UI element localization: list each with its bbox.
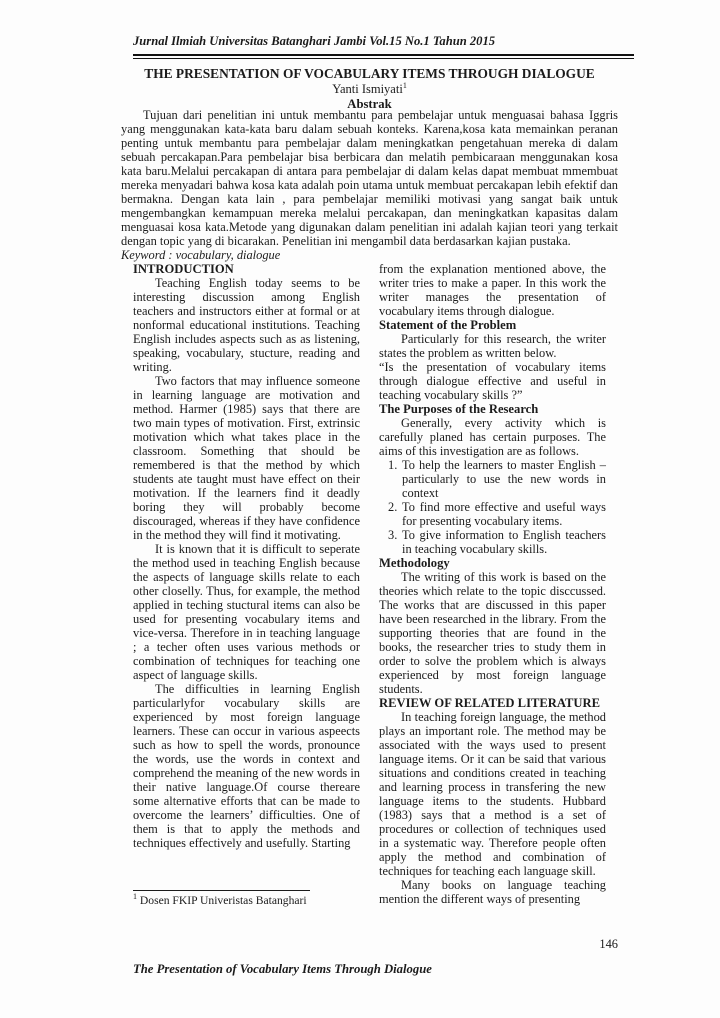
column-left: INTRODUCTION Teaching English today seem… (133, 262, 360, 906)
author-name-text: Yanti Ismiyati (332, 82, 403, 96)
footnote-divider (133, 890, 310, 891)
paragraph: The difficulties in learning English par… (133, 682, 360, 850)
section-heading-review: REVIEW OF RELATED LITERATURE (379, 696, 606, 710)
list-item-text: To give information to English teachers … (402, 528, 606, 556)
list-item-text: To find more effective and useful ways f… (402, 500, 606, 528)
author-footnote-ref: 1 (403, 81, 407, 90)
section-heading-purposes: The Purposes of the Research (379, 402, 606, 416)
numbered-list: 1. To help the learners to master Englis… (379, 458, 606, 556)
section-heading-methodology: Methodology (379, 556, 606, 570)
page-number: 146 (121, 937, 618, 952)
list-item-number: 3. (388, 528, 402, 556)
list-item: 3. To give information to English teache… (379, 528, 606, 556)
paragraph: Particularly for this research, the writ… (379, 332, 606, 360)
paragraph: Two factors that may influence someone i… (133, 374, 360, 542)
header-rule-divider (133, 54, 634, 59)
abstract-text: Tujuan dari penelitian ini untuk membant… (121, 108, 618, 248)
title-block: THE PRESENTATION OF VOCABULARY ITEMS THR… (121, 66, 618, 111)
list-item: 1. To help the learners to master Englis… (379, 458, 606, 500)
footnote-text: Dosen FKIP Univeristas Batanghari (140, 894, 307, 907)
author-name: Yanti Ismiyati1 (121, 82, 618, 96)
paragraph: It is known that it is difficult to sepe… (133, 542, 360, 682)
paper-title: THE PRESENTATION OF VOCABULARY ITEMS THR… (121, 66, 618, 81)
scanned-journal-page: Jurnal Ilmiah Universitas Batanghari Jam… (0, 0, 720, 1018)
paragraph: The writing of this work is based on the… (379, 570, 606, 696)
section-heading-introduction: INTRODUCTION (133, 262, 360, 276)
journal-header: Jurnal Ilmiah Universitas Batanghari Jam… (133, 34, 638, 49)
column-right: from the explanation mentioned above, th… (379, 262, 606, 906)
list-item-number: 1. (388, 458, 402, 500)
keyword-line: Keyword : vocabulary, dialogue (121, 248, 618, 262)
list-item: 2. To find more effective and useful way… (379, 500, 606, 528)
running-footer-title: The Presentation of Vocabulary Items Thr… (133, 962, 633, 977)
list-item-number: 2. (388, 500, 402, 528)
problem-quote: “Is the presentation of vocabulary items… (379, 360, 606, 402)
body-columns: INTRODUCTION Teaching English today seem… (133, 262, 606, 906)
list-item-text: To help the learners to master English –… (402, 458, 606, 500)
footnote: 1 Dosen FKIP Univeristas Batanghari (133, 894, 433, 908)
paragraph: from the explanation mentioned above, th… (379, 262, 606, 318)
paragraph: In teaching foreign language, the method… (379, 710, 606, 878)
paragraph: Teaching English today seems to be inter… (133, 276, 360, 374)
paragraph: Generally, every activity which is caref… (379, 416, 606, 458)
section-heading-statement-of-problem: Statement of the Problem (379, 318, 606, 332)
footnote-marker: 1 (133, 892, 137, 901)
